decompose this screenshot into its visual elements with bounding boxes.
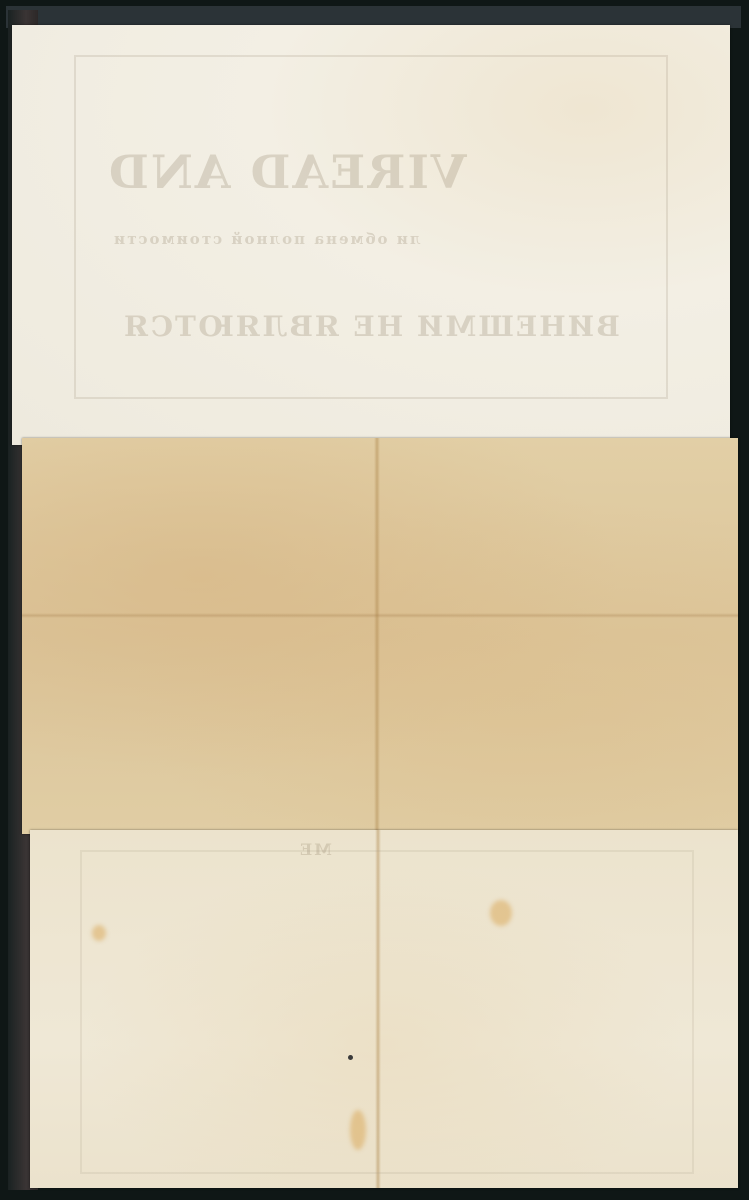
- ink-dot: [348, 1055, 353, 1060]
- ghost-heading: VIREAD AND: [107, 145, 467, 199]
- vertical-fold: [374, 438, 380, 834]
- note-bottom: ME: [30, 830, 738, 1188]
- ghost-frame-border: [74, 55, 668, 399]
- ghost-footer-line: ВИНЕШМИ НЕ ЯВЛЯЮТСЯ: [122, 310, 620, 343]
- stain: [350, 1110, 366, 1150]
- note-middle: [22, 438, 738, 834]
- ghost-subline: ли обмена полной стоимости: [112, 230, 420, 248]
- ghost-frame-border: [80, 850, 694, 1174]
- note-top: VIREAD AND ли обмена полной стоимости ВИ…: [12, 25, 730, 445]
- horizontal-fold: [22, 613, 738, 618]
- stain: [490, 900, 512, 926]
- stain: [92, 925, 106, 941]
